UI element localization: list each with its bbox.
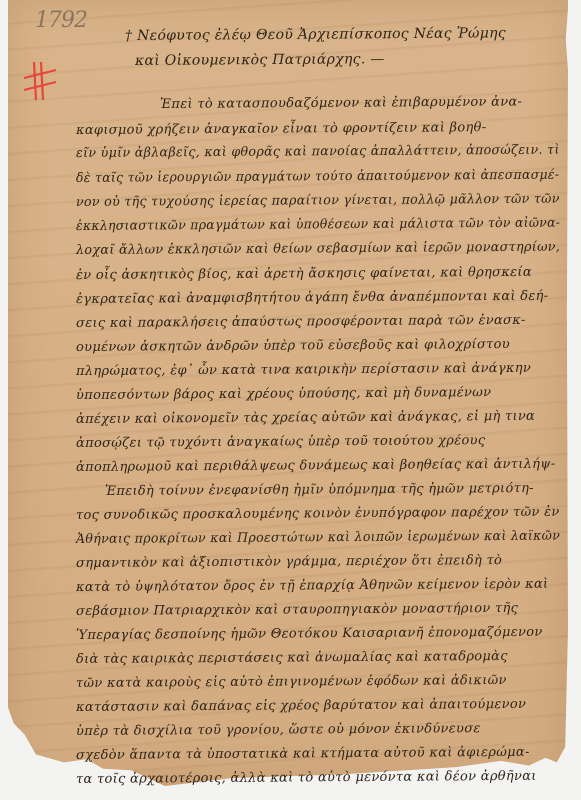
archive-number: 1792 bbox=[35, 8, 87, 33]
body-line: διὰ τὰς καιρικὰς περιστάσεις καὶ ἀνωμαλί… bbox=[76, 649, 508, 667]
body-line: σχεδὸν ἅπαντα τὰ ὑποστατικὰ καὶ κτήματα … bbox=[76, 745, 530, 763]
body-line: ἀπέχειν καὶ οἰκονομεῖν τὰς χρείας αὐτῶν … bbox=[76, 409, 535, 427]
body-line: τῶν κατὰ καιροὺς εἰς αὐτὸ ἐπιγινομένων ἐ… bbox=[76, 673, 507, 691]
body-line: ἐν οἷς ἀσκητικὸς βίος, καὶ ἀρετὴ ἄσκησις… bbox=[76, 265, 532, 283]
body-line: Ἐπεὶ τὸ κατασπουδαζόμενον καὶ ἐπιβαρυμέν… bbox=[160, 94, 522, 112]
body-line: σεις καὶ παρακλήσεις ἀπαύστως προσφέροντ… bbox=[76, 313, 526, 331]
body-line: ἀποσῴζει τῷ τυχόντι ἀναγκαίως ὑπὲρ τοῦ τ… bbox=[76, 433, 486, 451]
body-line: σεβάσμιον Πατριαρχικὸν καὶ σταυροπηγιακὸ… bbox=[76, 601, 518, 619]
body-line: ουμένων ἀσκητῶν ἀνδρῶν ὑπὲρ τοῦ εὐσεβοῦς… bbox=[76, 337, 510, 355]
body-line: κατάστασιν καὶ δαπάνας εἰς χρέος βαρύτατ… bbox=[76, 697, 526, 715]
body-line: τα τοῖς ἀρχαιοτέροις, ἀλλὰ καὶ τὸ αὐτὸ μ… bbox=[76, 769, 537, 787]
scanned-page: 1792 † Νεόφυτος ἐλέῳ Θεοῦ Ἀρχιεπίσκοπος … bbox=[0, 0, 581, 800]
body-line: Ἐπειδὴ τοίνυν ἐνεφανίσθη ἡμῖν ὑπόμνημα τ… bbox=[105, 481, 534, 499]
header-line-2: καὶ Οἰκουμενικὸς Πατριάρχης. — bbox=[135, 51, 385, 69]
header-line-1: † Νεόφυτος ἐλέῳ Θεοῦ Ἀρχιεπίσκοπος Νέας … bbox=[125, 25, 506, 44]
body-line: καφισμοῦ χρήζειν ἀναγκαῖον εἶναι τὸ φρον… bbox=[76, 120, 486, 138]
body-line: σημαντικὸν καὶ ἀξιοπιστικὸν γράμμα, περι… bbox=[76, 553, 502, 571]
body-line: ὑποπεσόντων βάρος καὶ χρέους ὑπούσης, κα… bbox=[76, 385, 491, 403]
body-line: πληρώματος, ἐφ᾽ ὧν κατὰ τινα καιρικὴν πε… bbox=[76, 361, 531, 379]
body-line: ὑπὲρ τὰ δισχίλια τοῦ γρονίου, ὥστε οὐ μό… bbox=[76, 721, 481, 739]
red-hash-mark-icon bbox=[22, 60, 58, 102]
